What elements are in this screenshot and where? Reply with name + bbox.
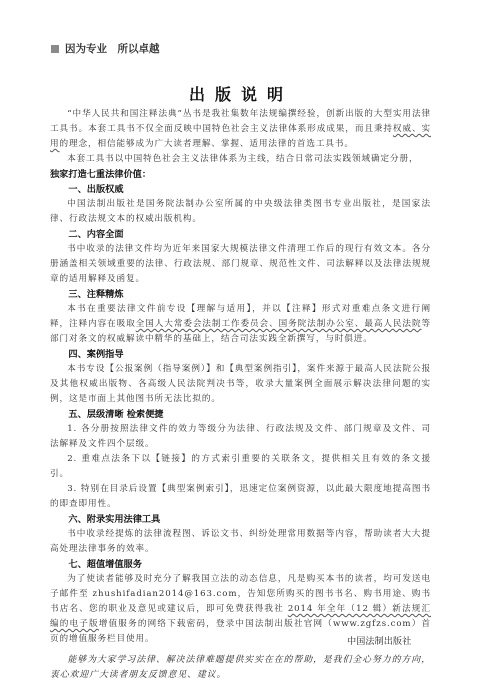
section-heading-6: 六、附录实用法律工具 [50,512,431,527]
document-body: “中华人民共和国注释法典”丛书是我社集数年法规编撰经验，创新出版的大型实用法律工… [50,107,431,680]
section-heading-2: 二、内容全面 [50,227,431,242]
square-bullet-icon [51,45,59,53]
intro-paragraph-1: “中华人民共和国注释法典”丛书是我社集数年法规编撰经验，创新出版的大型实用法律工… [50,107,431,152]
closing-paragraph: 能够为大家学习法律、解决法律难题提供实实在在的帮助，是我们全心努力的方向，衷心欢… [50,653,431,680]
section-heading-1: 一、出版权威 [50,182,431,197]
section-paragraph: 本书专设【公报案例（指导案例）】和【典型案例指引】，案件来源于最高人民法院公报及… [50,362,431,407]
page-title: 出版说明 [0,82,482,105]
section-paragraph: 1. 各分册按照法律文件的效力等级分为法律、行政法规及文件、部门规章及文件、司法… [50,422,431,452]
section-paragraph: 书中收录的法律文件均为近年来国家大规模法律文件清理工作后的现行有效文本。各分册涵… [50,242,431,287]
page-header: 因为专业 所以卓越 [51,41,160,56]
section-heading-4: 四、案例指导 [50,347,431,362]
values-heading: 独家打造七重法律价值： [50,167,431,182]
section-paragraph: 2. 重难点法条下以【链接】的方式索引重要的关联条文，提供相关且有效的条文援引。 [50,452,431,482]
header-slogan: 因为专业 所以卓越 [65,41,160,56]
section-paragraph: 书中收录经提炼的法律流程图、诉讼文书、纠纷处理常用数据等内容，帮助读者大大提高处… [50,527,431,557]
section-heading-5: 五、层级清晰 检索便捷 [50,407,431,422]
intro-text: 的理念，相信能够成为广大读者理解、掌握、适用法律的首选工具书。 [60,139,354,149]
section-heading-7: 七、超值增值服务 [50,557,431,572]
section-paragraph: 3. 特别在目录后设置【典型案例索引】，迅速定位案例资源，以此最大限度地提高图书… [50,482,431,512]
section-heading-3: 三、注释精炼 [50,287,431,302]
intro-paragraph-2: 本套工具书以中国特色社会主义法律体系为主线，结合日常司法实践领域确定分册， [50,152,431,167]
section-paragraph: 中国法制出版社是国务院法制办公室所属的中央级法律类图书专业出版社，是国家法律、行… [50,197,431,227]
publisher-signature: 中国法制出版社 [347,633,411,647]
section-paragraph: 本书在重要法律文件前专设【理解与适用】，并以【注释】形式对重难点条文进行阐释，注… [50,302,431,347]
intro-text: “中华人民共和国注释法典”丛书是我社集数年法规编撰经验，创新出版的大型实用法律工… [50,109,431,134]
underlined-phrase: 全国人大常委会法制工作委员会、国务院法制办公室、最高人民法院 [136,319,422,329]
